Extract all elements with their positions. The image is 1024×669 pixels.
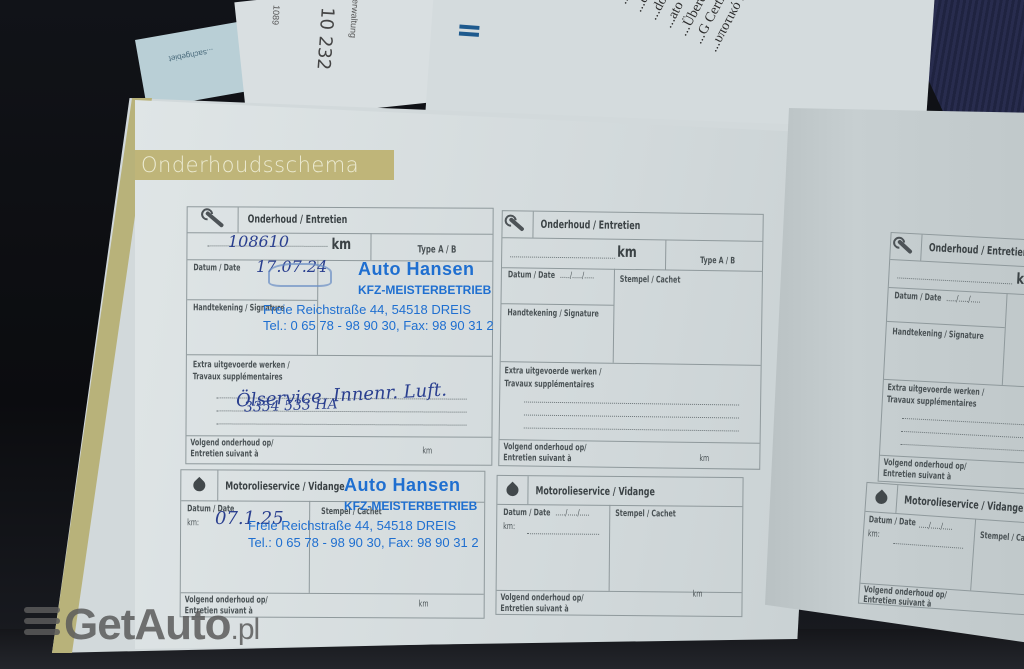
watermark-tld: .pl — [231, 613, 260, 646]
km-label: km — [1016, 270, 1024, 289]
stamp-address: Freie Reichstraße 44, 54518 DREIS — [248, 518, 456, 533]
extra-work-label-fr: Travaux supplémentaires — [193, 372, 283, 382]
next-service-label-fr: Entretien suivant à — [190, 449, 258, 459]
date-blank: ...../...../..... — [946, 294, 981, 306]
handwritten-km: 108610 — [228, 232, 289, 251]
next-service-label-fr: Entretien suivant à — [500, 604, 568, 615]
card-header: Motorolieservice / Vidange — [535, 484, 654, 498]
stamp-label: Stempel / Cachet — [620, 275, 681, 286]
type-label: Type A / B — [700, 256, 735, 266]
stamp-name: Auto Hansen — [344, 475, 461, 496]
wrench-icon — [205, 211, 224, 228]
next-km-label: km — [693, 590, 703, 600]
km-label: km: — [867, 529, 880, 540]
oil-drop-icon — [873, 489, 890, 506]
maintenance-card-3: Onderhoud / Entretien km Datum / Date ..… — [878, 232, 1024, 490]
next-service-label-fr: Entretien suivant à — [503, 453, 571, 464]
stamp-address: Freie Reichstraße 44, 54518 DREIS — [263, 302, 471, 317]
date-label: Datum / Date — [508, 270, 555, 281]
stamp-subtitle: KFZ-MEISTERBETRIEB — [358, 283, 491, 297]
car-logo-icon — [268, 263, 332, 287]
receipt-small-text-2: ...erwaltung — [348, 0, 361, 38]
next-service-label: Volgend onderhoud op/ — [500, 593, 583, 604]
section-title: Onderhoudsschema — [135, 150, 394, 180]
oil-drop-icon — [191, 477, 208, 494]
stamp-label: Stempel / Cachet — [980, 531, 1024, 545]
oil-service-card-2: Motorolieservice / Vidange Datum / Date … — [495, 475, 743, 617]
next-km-label: km — [422, 446, 432, 456]
type-label: Type A / B — [417, 244, 456, 255]
receipt-number: 10 232 — [312, 6, 337, 70]
extra-work-label-fr: Travaux supplémentaires — [504, 379, 594, 390]
km-label: km — [331, 235, 351, 253]
oil-drop-icon — [504, 482, 521, 499]
extra-work-label-fr: Travaux supplémentaires — [887, 395, 977, 410]
stamp-subtitle: KFZ-MEISTERBETRIEB — [344, 499, 477, 513]
getauto-logo-icon — [24, 607, 60, 643]
watermark-brand: GetAuto — [64, 600, 231, 649]
coc-text-lines: ...te of Conformity...Conformité CEE...C… — [585, 0, 795, 55]
card-header: Motorolieservice / Vidange — [225, 479, 344, 493]
date-label: Datum / Date — [193, 263, 240, 273]
date-label: Datum / Date — [503, 508, 550, 518]
handwritten-extra-work-2: 3354 533 HA — [244, 396, 338, 415]
wrench-icon — [897, 239, 913, 254]
stamp-phone: Tel.: 0 65 78 - 98 90 30, Fax: 98 90 31 … — [248, 535, 479, 550]
watermark: GetAuto.pl — [64, 600, 259, 650]
stamp-phone: Tel.: 0 65 78 - 98 90 30, Fax: 98 90 31 … — [263, 318, 494, 333]
km-label: km — [617, 243, 637, 261]
next-service-label: Volgend onderhoud op/ — [503, 442, 586, 453]
next-service-label-fr: Entretien suivant à — [883, 469, 952, 483]
card-header: Motorolieservice / Vidange — [904, 494, 1024, 515]
coc-logo-icon — [458, 25, 479, 42]
wrench-icon-box — [188, 207, 239, 232]
stamp-label: Stempel / Cachet — [615, 509, 676, 520]
date-blank: ...../...../..... — [918, 521, 953, 533]
wrench-icon — [508, 217, 524, 232]
card-header: Onderhoud / Entretien — [248, 213, 348, 227]
extra-work-label: Extra uitgevoerde werken / — [193, 360, 290, 371]
card-text: ...sachgebiet — [168, 47, 214, 64]
maintenance-card-2: Onderhoud / Entretien km Type A / B Datu… — [498, 210, 764, 470]
signature-label: Handtekening / Signature — [892, 327, 984, 342]
km-label: km: — [187, 518, 199, 528]
date-label: Datum / Date — [868, 515, 916, 528]
next-service-label: Volgend onderhoud op/ — [190, 438, 273, 448]
date-blank: ...../...../..... — [555, 508, 589, 518]
km-label: km: — [503, 522, 515, 532]
receipt-small-text: 1089 — [270, 5, 281, 26]
date-blank: ...../...../..... — [560, 271, 594, 281]
next-km-label: km — [699, 454, 709, 464]
signature-label: Handtekening / Signature — [507, 308, 599, 319]
next-km-label: km — [419, 599, 429, 609]
oil-service-card-3: Motorolieservice / Vidange Datum / Date … — [858, 482, 1024, 616]
date-label: Datum / Date — [894, 291, 942, 303]
extra-work-label: Extra uitgevoerde werken / — [504, 366, 601, 377]
card-header: Onderhoud / Entretien — [541, 218, 641, 232]
stamp-name: Auto Hansen — [358, 259, 475, 280]
card-header: Onderhoud / Entretien — [929, 241, 1024, 259]
